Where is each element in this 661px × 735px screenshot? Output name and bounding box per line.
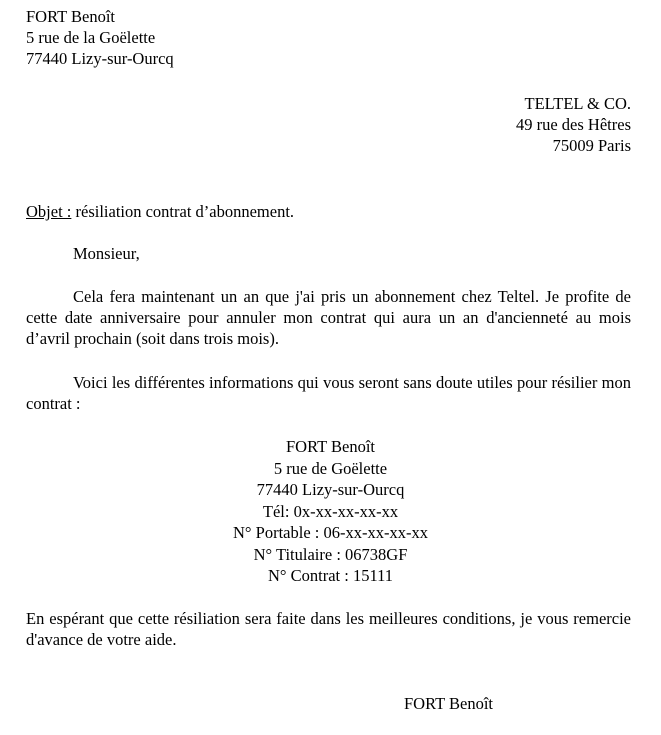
recipient-address: TELTEL & CO. 49 rue des Hêtres 75009 Par… (516, 93, 631, 156)
recipient-street: 49 rue des Hêtres (516, 114, 631, 135)
paragraph-intro-text: Cela fera maintenant un an que j'ai pris… (26, 287, 631, 348)
paragraph-info-intro: Voici les différentes informations qui v… (26, 372, 631, 414)
greeting: Monsieur, (73, 243, 140, 264)
paragraph-intro: Cela fera maintenant un an que j'ai pris… (26, 286, 631, 349)
sender-city: 77440 Lizy-sur-Ourcq (26, 48, 174, 69)
info-phone: Tél: 0x-xx-xx-xx-xx (0, 501, 661, 523)
info-name: FORT Benoît (0, 436, 661, 458)
subject-line: Objet : résiliation contrat d’abonnement… (26, 201, 294, 222)
recipient-company: TELTEL & CO. (516, 93, 631, 114)
customer-info-block: FORT Benoît 5 rue de Goëlette 77440 Lizy… (0, 436, 661, 587)
signature: FORT Benoît (404, 693, 493, 714)
info-mobile: N° Portable : 06-xx-xx-xx-xx (0, 522, 661, 544)
sender-name: FORT Benoît (26, 6, 174, 27)
info-contract-number: N° Contrat : 15111 (0, 565, 661, 587)
sender-street: 5 rue de la Goëlette (26, 27, 174, 48)
subject-text: résiliation contrat d’abonnement. (71, 202, 294, 221)
info-holder-number: N° Titulaire : 06738GF (0, 544, 661, 566)
sender-address: FORT Benoît 5 rue de la Goëlette 77440 L… (26, 6, 174, 69)
info-city: 77440 Lizy-sur-Ourcq (0, 479, 661, 501)
subject-label: Objet : (26, 202, 71, 221)
paragraph-closing: En espérant que cette résiliation sera f… (26, 608, 631, 650)
info-street: 5 rue de Goëlette (0, 458, 661, 480)
paragraph-info-intro-text: Voici les différentes informations qui v… (26, 373, 631, 413)
recipient-city: 75009 Paris (516, 135, 631, 156)
